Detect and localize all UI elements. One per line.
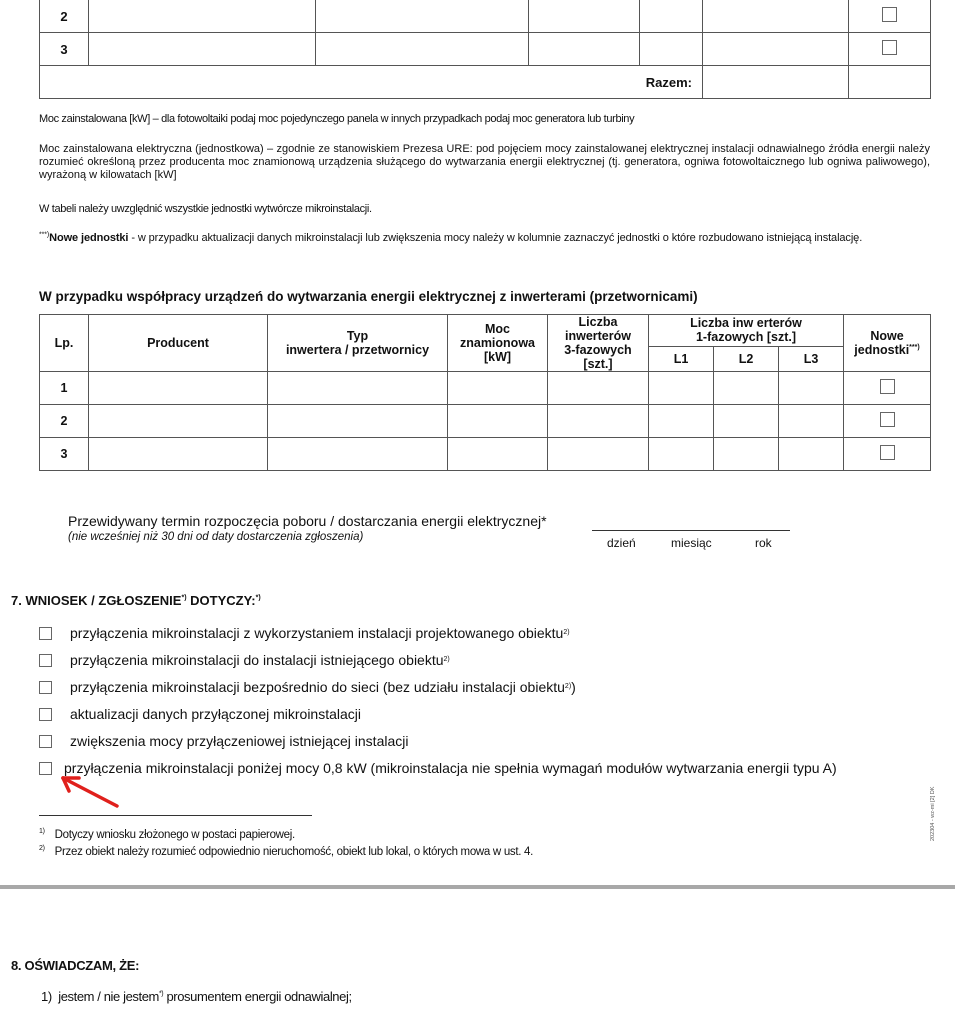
checkbox[interactable]: [39, 708, 52, 721]
cell-moc[interactable]: [448, 372, 548, 405]
note-moc-zainstalowana: Moc zainstalowana [kW] – dla fotowoltaik…: [39, 113, 939, 126]
section8-item-1: 1) jestem / nie jestem*) prosumentem ene…: [41, 989, 352, 1004]
cell-moc-zainstalowana[interactable]: [703, 33, 849, 66]
row-lp: 2: [40, 0, 89, 33]
cell-moc[interactable]: [448, 405, 548, 438]
col-nowe: Nowejednostki***): [844, 315, 931, 372]
col-typ: Typinwertera / przetwornicy: [268, 315, 448, 372]
col-l2: L2: [714, 346, 779, 371]
row-lp: 3: [40, 438, 89, 471]
cell-l2[interactable]: [714, 372, 779, 405]
row-lp: 1: [40, 372, 89, 405]
cell-3-phase[interactable]: [548, 438, 649, 471]
col-1-phase: Liczba inw erterów1-fazowych [szt.]: [649, 315, 844, 347]
note-marker: ***): [39, 231, 49, 238]
cell-typ[interactable]: [316, 33, 529, 66]
nowe-jednostki-checkbox[interactable]: [880, 445, 895, 460]
total-value-cell[interactable]: [703, 66, 849, 99]
table-row: 1: [40, 372, 931, 405]
cell-producent[interactable]: [89, 438, 268, 471]
cell-typ[interactable]: [316, 0, 529, 33]
note-text: - w przypadku aktualizacji danych mikroi…: [128, 232, 862, 244]
annotation-arrow-icon: [55, 772, 127, 812]
table-row: 3: [40, 438, 931, 471]
nowe-jednostki-checkbox[interactable]: [880, 379, 895, 394]
cell-l2[interactable]: [714, 405, 779, 438]
note-title: Nowe jednostki: [49, 232, 128, 244]
nowe-jednostki-checkbox[interactable]: [880, 412, 895, 427]
section7-title: 7. WNIOSEK / ZGŁOSZENIE*) DOTYCZY:*): [11, 593, 261, 608]
cell-moc[interactable]: [529, 33, 640, 66]
col-l3: L3: [779, 346, 844, 371]
col-producent: Producent: [89, 315, 268, 372]
cell-l1[interactable]: [649, 405, 714, 438]
checkbox[interactable]: [39, 681, 52, 694]
option-data-update[interactable]: aktualizacji danych przyłączonej mikroin…: [39, 706, 361, 722]
col-moc: Mocznamionowa[kW]: [448, 315, 548, 372]
total-empty-cell: [849, 66, 931, 99]
note-nowe-jednostki: ***)Nowe jednostki - w przypadku aktuali…: [39, 232, 930, 245]
cell-producent[interactable]: [89, 372, 268, 405]
col-3-phase: Liczbainwerterów3-fazowych[szt.]: [548, 315, 649, 372]
cell-l1[interactable]: [649, 438, 714, 471]
start-date-input[interactable]: [592, 514, 790, 531]
checkbox[interactable]: [39, 654, 52, 667]
cell-typ[interactable]: [268, 405, 448, 438]
option-existing-object[interactable]: przyłączenia mikroinstalacji do instalac…: [39, 652, 450, 668]
checkbox[interactable]: [39, 735, 52, 748]
option-below-08kw[interactable]: przyłączenia mikroinstalacji poniżej moc…: [39, 760, 837, 776]
cell-nowe: [849, 0, 931, 33]
cell-liczba[interactable]: [640, 33, 703, 66]
cell-nowe: [844, 438, 931, 471]
footnote-1: 1)Dotyczy wniosku złożonego w postaci pa…: [39, 829, 295, 841]
cell-l3[interactable]: [779, 372, 844, 405]
cell-l2[interactable]: [714, 438, 779, 471]
cell-producent[interactable]: [89, 0, 316, 33]
cell-nowe: [844, 405, 931, 438]
cell-l3[interactable]: [779, 438, 844, 471]
start-date-label: Przewidywany termin rozpoczęcia poboru /…: [68, 513, 547, 529]
form-code: 202304 - wz-mi [2] DK: [930, 781, 936, 841]
cell-liczba[interactable]: [640, 0, 703, 33]
cell-nowe: [844, 372, 931, 405]
page-break: [0, 885, 955, 889]
date-part-day: dzień: [607, 536, 636, 550]
checkbox[interactable]: [39, 762, 52, 775]
col-lp: Lp.: [40, 315, 89, 372]
note-all-units: W tabeli należy uwzględnić wszystkie jed…: [39, 203, 930, 216]
section8-title: 8. OŚWIADCZAM, ŻE:: [11, 958, 139, 973]
inverters-table: Lp. Producent Typinwertera / przetwornic…: [39, 314, 931, 471]
date-part-month: miesiąc: [671, 536, 712, 550]
header-row: Lp. Producent Typinwertera / przetwornic…: [40, 315, 931, 347]
checkbox[interactable]: [39, 627, 52, 640]
cell-producent[interactable]: [89, 33, 316, 66]
option-direct-grid[interactable]: przyłączenia mikroinstalacji bezpośredni…: [39, 679, 576, 695]
row-lp: 2: [40, 405, 89, 438]
cell-3-phase[interactable]: [548, 372, 649, 405]
cell-nowe: [849, 33, 931, 66]
cell-moc-zainstalowana[interactable]: [703, 0, 849, 33]
date-part-year: rok: [755, 536, 772, 550]
cell-producent[interactable]: [89, 405, 268, 438]
cell-3-phase[interactable]: [548, 405, 649, 438]
footnote-divider: [39, 815, 312, 816]
table-row: 3: [40, 33, 931, 66]
footnote-2: 2)Przez obiekt należy rozumieć odpowiedn…: [39, 846, 533, 858]
note-moc-definition: Moc zainstalowana elektryczna (jednostko…: [39, 143, 930, 182]
cell-moc[interactable]: [529, 0, 640, 33]
cell-l1[interactable]: [649, 372, 714, 405]
option-projected-object[interactable]: przyłączenia mikroinstalacji z wykorzyst…: [39, 625, 570, 641]
row-lp: 3: [40, 33, 89, 66]
cell-l3[interactable]: [779, 405, 844, 438]
table-row: 2: [40, 0, 931, 33]
generation-units-table: 2 3 Razem:: [39, 0, 931, 99]
start-date-hint: (nie wcześniej niż 30 dni od daty dostar…: [68, 531, 363, 543]
cell-typ[interactable]: [268, 438, 448, 471]
inverters-title: W przypadku współpracy urządzeń do wytwa…: [39, 289, 698, 304]
nowe-jednostki-checkbox[interactable]: [882, 7, 897, 22]
col-l1: L1: [649, 346, 714, 371]
total-label: Razem:: [40, 66, 703, 99]
nowe-jednostki-checkbox[interactable]: [882, 40, 897, 55]
option-power-increase[interactable]: zwiększenia mocy przyłączeniowej istniej…: [39, 733, 408, 749]
table-row: 2: [40, 405, 931, 438]
total-row: Razem:: [40, 66, 931, 99]
cell-moc[interactable]: [448, 438, 548, 471]
cell-typ[interactable]: [268, 372, 448, 405]
